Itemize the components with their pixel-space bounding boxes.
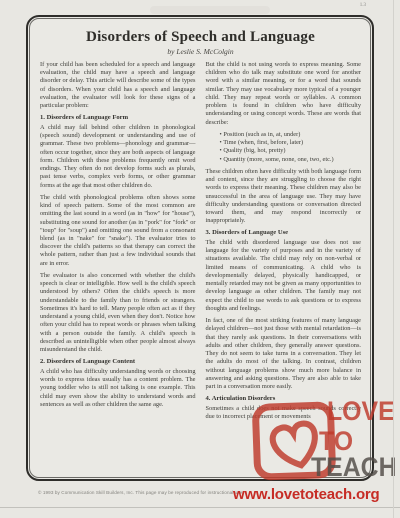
scan-artifact: [150, 6, 270, 14]
scan-edge-line: [393, 0, 394, 518]
paragraph: If your child has been scheduled for a s…: [40, 61, 196, 110]
paragraph: A child who has difficulty understanding…: [40, 368, 196, 409]
bullet-item: Time (when, first, before, later): [220, 139, 362, 147]
scanned-document-page: { "page": { "corner_mark": "1.3", "title…: [0, 0, 400, 518]
paragraph: In fact, one of the most striking featur…: [206, 317, 362, 391]
paragraph: The evaluator is also concerned with whe…: [40, 272, 196, 354]
copyright-line: © 1993 by Communication Skill Builders, …: [38, 490, 244, 495]
paragraph: A child may fall behind other children i…: [40, 124, 196, 190]
bullet-item: Quantity (more, some, none, one, two, et…: [220, 156, 362, 164]
bullet-item: Quality (big, hot, pretty): [220, 147, 362, 155]
byline: by Leslie S. McColgin: [40, 47, 361, 56]
corner-page-mark: 1.3: [360, 3, 366, 8]
two-column-body: If your child has been scheduled for a s…: [40, 61, 361, 425]
section-heading-2: 2. Disorders of Language Content: [40, 358, 196, 367]
paragraph: The child with phonological problems oft…: [40, 194, 196, 268]
right-column: But the child is not using words to expr…: [206, 61, 362, 425]
paragraph: These children often have difficulty wit…: [206, 168, 362, 226]
left-column: If your child has been scheduled for a s…: [40, 61, 196, 425]
section-heading-1: 1. Disorders of Language Form: [40, 114, 196, 123]
concept-words-list: Position (such as in, at, under) Time (w…: [206, 131, 362, 164]
paragraph: The child with disordered language use d…: [206, 239, 362, 313]
watermark-love: LOVE: [327, 396, 395, 427]
paragraph: But the child is not using words to expr…: [206, 61, 362, 127]
watermark-teach: TEACH: [311, 452, 397, 483]
watermark-url: www.lovetoteach.org: [233, 486, 380, 503]
scan-edge-line: [0, 507, 400, 508]
bullet-item: Position (such as in, at, under): [220, 131, 362, 139]
section-heading-3: 3. Disorders of Language Use: [206, 229, 362, 238]
page-title: Disorders of Speech and Language: [40, 29, 361, 46]
